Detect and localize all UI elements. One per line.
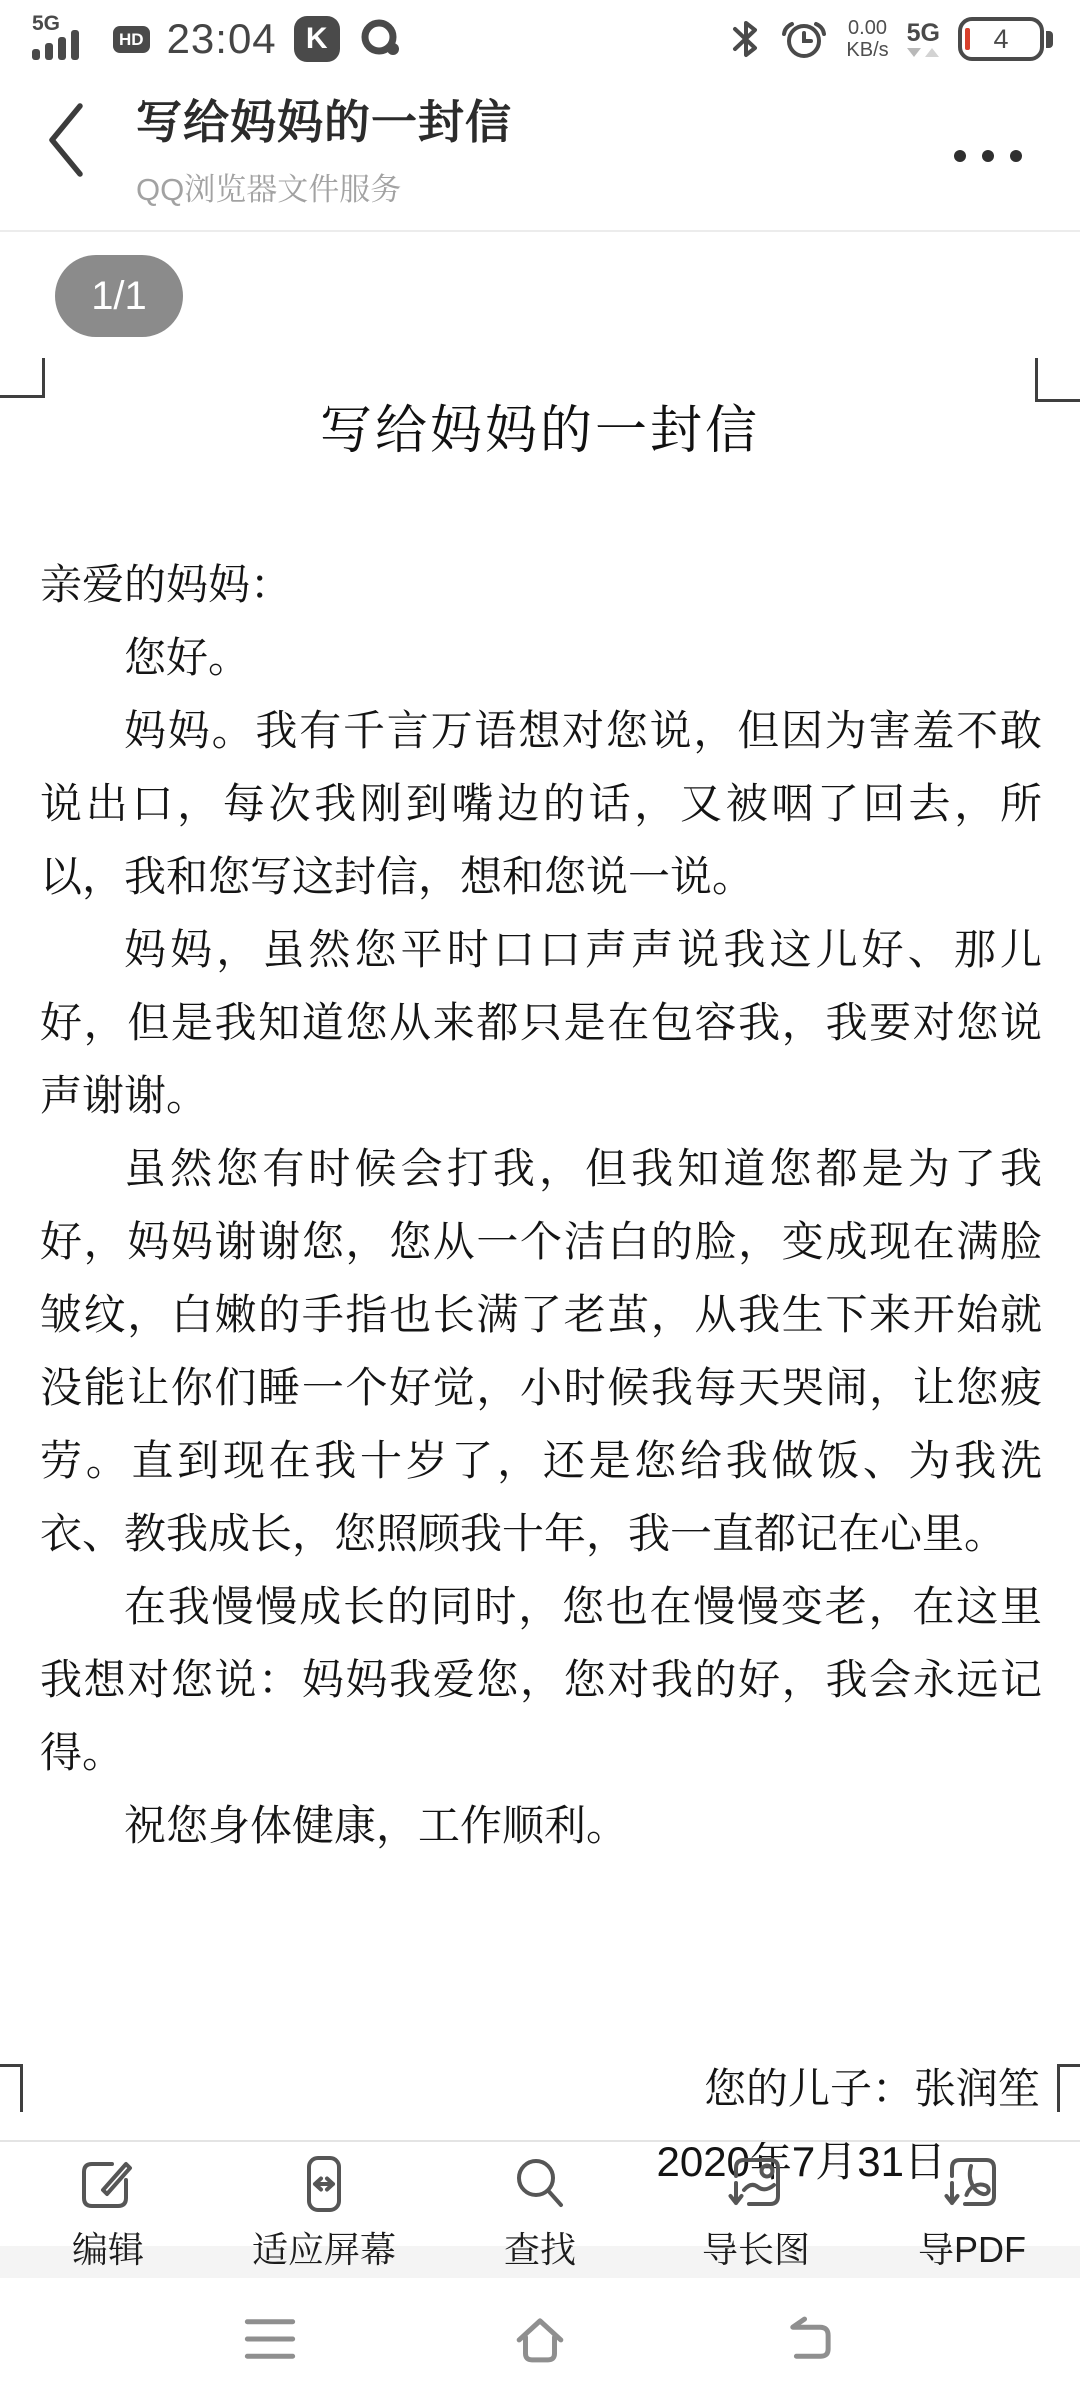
page-indicator-badge: 1/1 [55,255,183,337]
document-body: 亲爱的妈妈： 您好。 妈妈。我有千言万语想对您说，但因为害羞不敢说出口，每次我刚… [40,548,1042,2198]
network-speed: 0.00 KB/s [846,17,888,61]
page-corner-mark-bottom-right [1057,2064,1080,2112]
page-title: 写给妈妈的一封信 [136,86,940,152]
more-menu-button[interactable] [954,150,1022,162]
fit-screen-icon [292,2152,356,2216]
letter-paragraph: 在我慢慢成长的同时，您也在慢慢变老，在这里我想对您说：妈妈我爱您，您对我的好，我… [40,1570,1042,1789]
letter-paragraph: 祝您身体健康，工作顺利。 [40,1789,1042,1862]
k-app-icon: K [294,16,340,62]
fit-screen-button[interactable]: 适应屏幕 [216,2142,432,2278]
toolbar-label: 查找 [504,2222,576,2273]
header-divider [0,230,1080,232]
battery-icon: 4 [958,17,1054,61]
letter-salutation: 亲爱的妈妈： [40,548,1042,621]
header: 写给妈妈的一封信 QQ浏览器文件服务 [0,64,1080,230]
toolbar-label: 导长图 [702,2222,810,2273]
export-pdf-icon [940,2152,1004,2216]
page-corner-mark-bottom-left [0,2064,23,2112]
edit-icon [76,2152,140,2216]
toolbar-label: 导PDF [918,2222,1026,2273]
signal-bars-icon: 5G [30,16,96,62]
letter-paragraph: 妈妈，虽然您平时口口声声说我这儿好、那儿好，但是我知道您从来都只是在包容我，我要… [40,913,1042,1132]
bottom-toolbar: 编辑 适应屏幕 查找 导长图 导PDF [0,2140,1080,2278]
back-chevron-icon [52,106,80,174]
back-icon [781,2312,839,2366]
toolbar-label: 编辑 [72,2222,144,2273]
page-subtitle: QQ浏览器文件服务 [136,164,940,209]
bluetooth-icon [730,16,762,62]
network-5g-indicator: 5G [907,21,940,57]
find-button[interactable]: 查找 [432,2142,648,2278]
home-icon [511,2312,569,2366]
export-long-image-icon [724,2152,788,2216]
edit-button[interactable]: 编辑 [0,2142,216,2278]
status-bar: 5G HD 23:04 K 0.0 [0,0,1080,64]
alarm-clock-icon [780,15,828,63]
recent-apps-icon [241,2312,299,2366]
back-nav-button[interactable] [675,2312,945,2366]
search-icon [508,2152,572,2216]
recent-apps-button[interactable] [135,2312,405,2366]
letter-paragraph: 虽然您有时候会打我，但我知道您都是为了我好，妈妈谢谢您，您从一个洁白的脸，变成现… [40,1132,1042,1570]
back-button[interactable] [40,98,92,182]
hd-badge: HD [113,26,150,53]
system-nav-bar [0,2278,1080,2400]
letter-paragraph: 您好。 [40,621,1042,694]
toolbar-label: 适应屏幕 [252,2222,396,2273]
home-button[interactable] [405,2312,675,2366]
export-pdf-button[interactable]: 导PDF [864,2142,1080,2278]
battery-level: 4 [993,24,1008,55]
status-time: 23:04 [167,15,277,63]
more-dots-icon [954,150,966,162]
qq-browser-icon [357,16,403,62]
document-title: 写给妈妈的一封信 [0,388,1080,463]
export-long-image-button[interactable]: 导长图 [648,2142,864,2278]
letter-signature: 您的儿子：张润笙 [40,2052,1042,2125]
letter-paragraph: 妈妈。我有千言万语想对您说，但因为害羞不敢说出口，每次我刚到嘴边的话，又被咽了回… [40,694,1042,913]
